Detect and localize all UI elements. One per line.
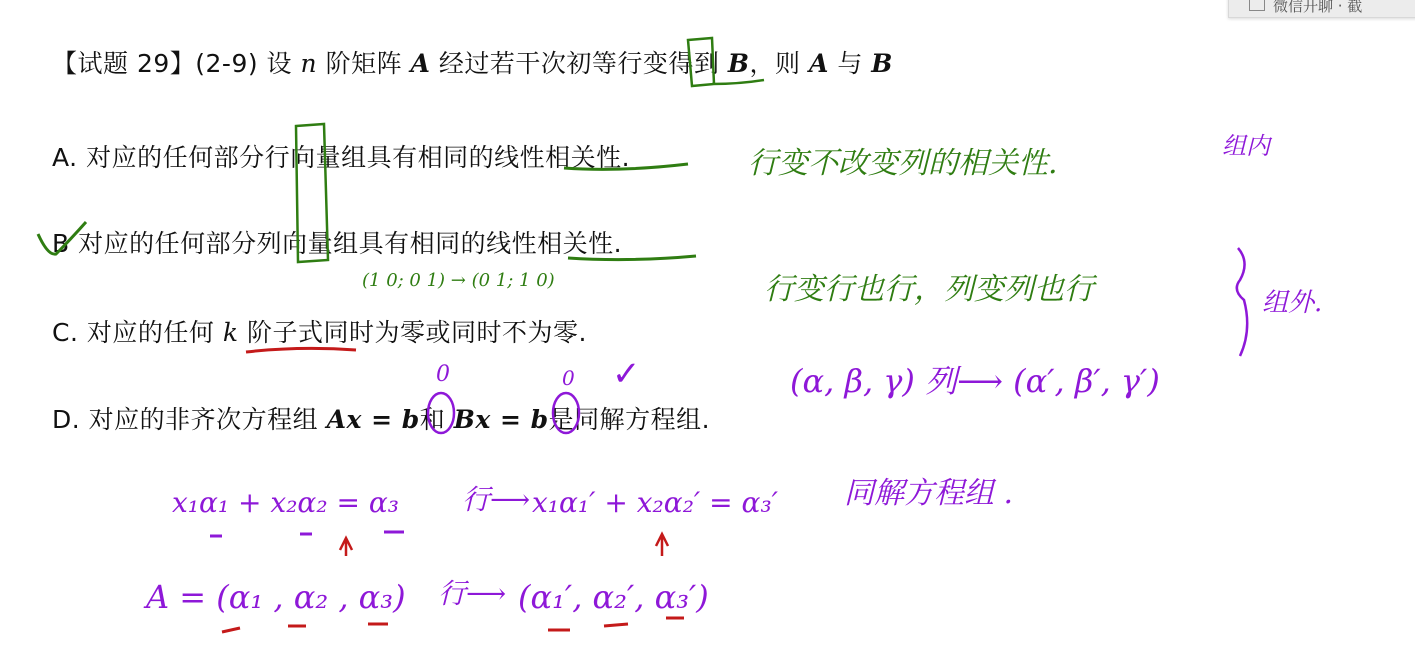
column-mapping: (α, β, γ) 列⟶ (α′, β′, γ′): [790, 356, 1160, 402]
matrix-right: (α₁′, α₂′, α₃′): [518, 578, 709, 616]
var-B: B: [728, 49, 750, 78]
option-label: A.: [52, 143, 78, 172]
screenshot-popup[interactable]: 微信开聊 · 截: [1228, 0, 1415, 18]
note-row-change-column: 行变不改变列的相关性.: [748, 138, 1058, 182]
option-text: 对应的任何部分列向量组具有相同的线性相关性.: [78, 229, 622, 258]
var-k: k: [223, 318, 239, 347]
var-B: B: [871, 49, 893, 78]
var-A: A: [411, 49, 431, 78]
var-A: A: [809, 49, 829, 78]
question-stem: 【试题 29】(2-9) 设 n 阶矩阵 A 经过若干次初等行变得到 B，则 A…: [52, 44, 893, 80]
equation-bx-b: Bx = b: [454, 405, 549, 434]
note-row-row-col-col: 行变行也行，列变列也行: [764, 264, 1094, 308]
question-text-1: 阶矩阵: [326, 49, 403, 78]
option-text: 是同解方程组.: [549, 405, 710, 434]
var-n: n: [301, 49, 318, 78]
option-text: 对应的任何: [87, 318, 215, 347]
option-label: D.: [52, 405, 80, 434]
option-a: A. 对应的任何部分行向量组具有相同的线性相关性.: [52, 138, 630, 174]
option-text: 对应的非齐次方程组: [89, 405, 319, 434]
equation-left: x₁α₁ + x₂α₂ = α₃: [172, 486, 399, 519]
zero-mark: 0: [436, 362, 450, 387]
note-same-solution: 同解方程组 .: [844, 468, 1013, 512]
option-text: 阶子式同时为零或同时不为零.: [247, 318, 587, 347]
option-text: 对应的任何部分行向量组具有相同的线性相关性.: [86, 143, 630, 172]
option-b: B 对应的任何部分列向量组具有相同的线性相关性.: [52, 224, 622, 260]
note-within-group: 组内: [1222, 126, 1270, 161]
option-text: 和: [420, 405, 446, 434]
zero-mark: 0: [562, 366, 575, 390]
matrix-example: (1 0; 0 1) → (0 1; 1 0): [362, 270, 555, 291]
check-mark-icon: ✓: [612, 354, 641, 394]
option-c: C. 对应的任何 k 阶子式同时为零或同时不为零.: [52, 313, 587, 349]
option-label: B: [52, 229, 70, 258]
option-label: C.: [52, 318, 78, 347]
question-text-3: ，则: [750, 49, 801, 78]
question-text-4: 与: [837, 49, 863, 78]
equation-right: x₁α₁′ + x₂α₂′ = α₃′: [532, 486, 778, 519]
equation-ax-b: Ax = b: [327, 405, 420, 434]
option-d: D. 对应的非齐次方程组 Ax = b和 Bx = b是同解方程组.: [52, 400, 710, 436]
question-prefix: 【试题 29】(2-9) 设: [52, 49, 292, 78]
popup-label: 微信开聊 · 截: [1273, 0, 1362, 16]
matrix-arrow: 行⟶: [438, 572, 506, 612]
window-icon: [1249, 0, 1265, 11]
equation-arrow: 行⟶: [462, 478, 530, 518]
matrix-left: A = (α₁ , α₂ , α₃): [146, 578, 406, 616]
question-text-2: 经过若干次初等行变得到: [439, 49, 720, 78]
note-outside-group: 组外.: [1262, 282, 1322, 319]
